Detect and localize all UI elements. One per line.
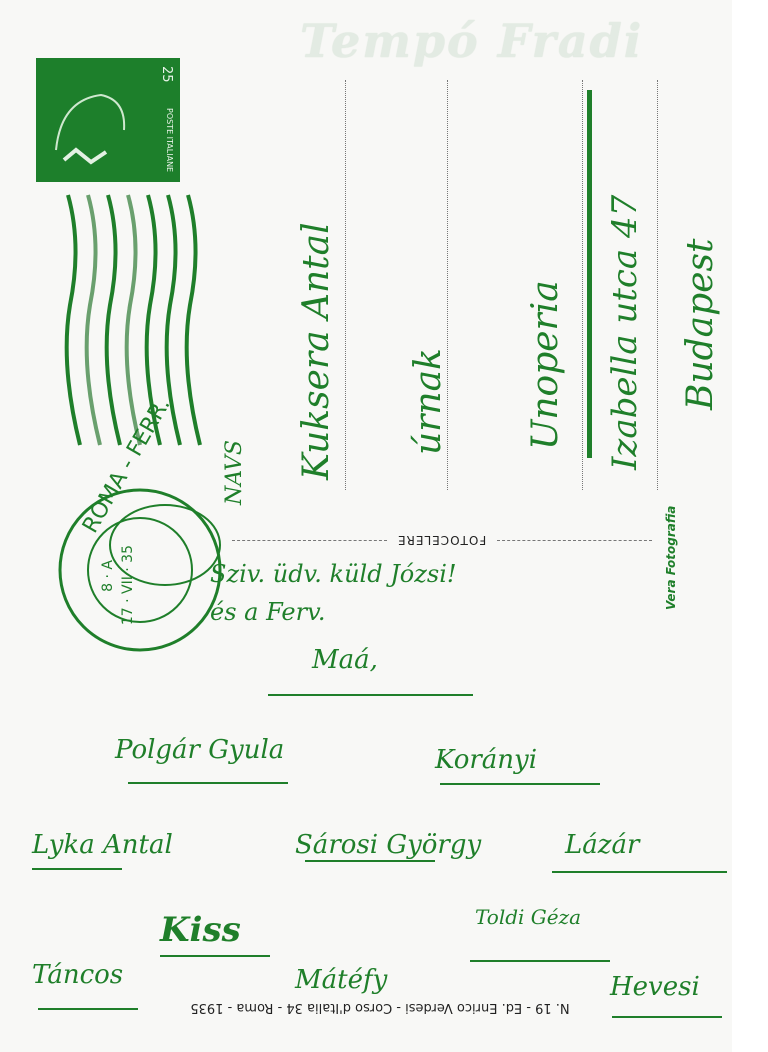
signature-1-underline xyxy=(128,782,288,784)
recipient-city: Budapest xyxy=(680,110,721,410)
signature-4-underline xyxy=(305,860,435,862)
divider-row: FOTOCELERE xyxy=(232,533,652,547)
signature-1: Polgár Gyula xyxy=(115,735,284,765)
signature-8: Táncos xyxy=(32,960,123,990)
signature-6-underline xyxy=(160,955,270,957)
recipient-street: Izabella utca 47 xyxy=(605,130,645,470)
stamp-country: POSTE ITALIANE xyxy=(165,108,174,172)
signature-3-underline xyxy=(32,868,122,870)
stamp-value: 25 xyxy=(159,66,174,83)
signature-7-underline xyxy=(470,960,610,962)
signature-5-underline xyxy=(552,871,727,873)
address-line-1 xyxy=(345,80,346,490)
signature-10-underline xyxy=(612,1016,722,1018)
address-line-4 xyxy=(657,80,658,490)
signature-6: Kiss xyxy=(160,910,241,950)
cancellation-waves-icon xyxy=(60,185,210,455)
signature-9: Mátéfy xyxy=(295,965,387,995)
postmark-circle-icon xyxy=(55,485,230,660)
printed-footer: N. 19 - Ed. Enrico Verdesi - Corso d'Ita… xyxy=(150,1000,610,1015)
postage-stamp: 25 POSTE ITALIANE xyxy=(36,58,180,182)
portrait-icon xyxy=(46,80,136,170)
signature-8-underline xyxy=(38,1008,138,1010)
photographer-credit: Vera Fotografia xyxy=(664,470,678,610)
address-line-3 xyxy=(582,80,583,490)
signature-5: Lázár xyxy=(565,830,639,860)
signature-7: Toldi Géza xyxy=(475,905,581,929)
watermark-logo: Tempó Fradi xyxy=(300,14,643,68)
message-underline xyxy=(268,694,473,696)
recipient-honorific: úrnak xyxy=(408,175,449,455)
message-line-3: Maá, xyxy=(312,645,378,675)
message-line-2: és a Ferv. xyxy=(210,598,325,626)
message-line-1: Sziv. üdv. küld Józsi! xyxy=(210,560,457,588)
signature-3: Lyka Antal xyxy=(32,830,173,860)
recipient-name: Kuksera Antal xyxy=(296,90,337,480)
postmark-date: 17 · VII · 35 xyxy=(120,545,136,625)
postmark-time: 8 · A xyxy=(100,560,116,592)
signature-2-underline xyxy=(440,783,600,785)
address-underline-bar xyxy=(587,90,592,458)
signature-2: Korányi xyxy=(435,745,537,775)
publisher-line: FOTOCELERE xyxy=(397,533,486,547)
divider-right xyxy=(497,540,652,541)
recipient-org: Unoperia xyxy=(525,150,566,450)
signature-10: Hevesi xyxy=(610,972,700,1002)
divider-left xyxy=(232,540,387,541)
signature-4: Sárosi György xyxy=(295,830,481,860)
